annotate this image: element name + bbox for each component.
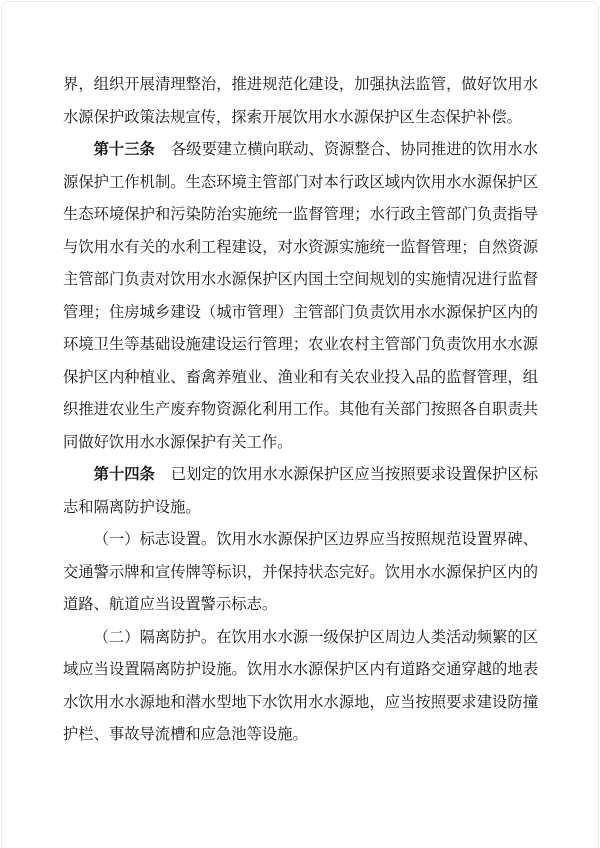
paragraph-text: （二）隔离防护。在饮用水水源一级保护区周边人类活动频繁的区域应当设置隔离防护设施… — [63, 629, 538, 744]
article-number: 第十四条 — [94, 466, 155, 483]
paragraph-article-13: 第十三条各级要建立横向联动、资源整合、协同推进的饮用水水源保护工作机制。生态环境… — [63, 134, 538, 459]
document-page: 界，组织开展清理整治，推进规范化建设，加强执法监管，做好饮用水水源保护政策法规宣… — [0, 0, 600, 848]
paragraph-text: 各级要建立横向联动、资源整合、协同推进的饮用水水源保护工作机制。生态环境主管部门… — [63, 141, 538, 451]
paragraph-article-14: 第十四条已划定的饮用水水源保护区应当按照要求设置保护区标志和隔离防护设施。 — [63, 459, 538, 524]
paragraph-item-2: （二）隔离防护。在饮用水水源一级保护区周边人类活动频繁的区域应当设置隔离防护设施… — [63, 622, 538, 752]
paragraph-continuation: 界，组织开展清理整治，推进规范化建设，加强执法监管，做好饮用水水源保护政策法规宣… — [63, 69, 538, 134]
article-number: 第十三条 — [94, 141, 155, 158]
paragraph-item-1: （一）标志设置。饮用水水源保护区边界应当按照规范设置界碑、交通警示牌和宣传牌等标… — [63, 524, 538, 622]
document-body: 界，组织开展清理整治，推进规范化建设，加强执法监管，做好饮用水水源保护政策法规宣… — [63, 69, 538, 752]
paragraph-text: （一）标志设置。饮用水水源保护区边界应当按照规范设置界碑、交通警示牌和宣传牌等标… — [63, 531, 538, 613]
paragraph-text: 界，组织开展清理整治，推进规范化建设，加强执法监管，做好饮用水水源保护政策法规宣… — [63, 76, 538, 126]
